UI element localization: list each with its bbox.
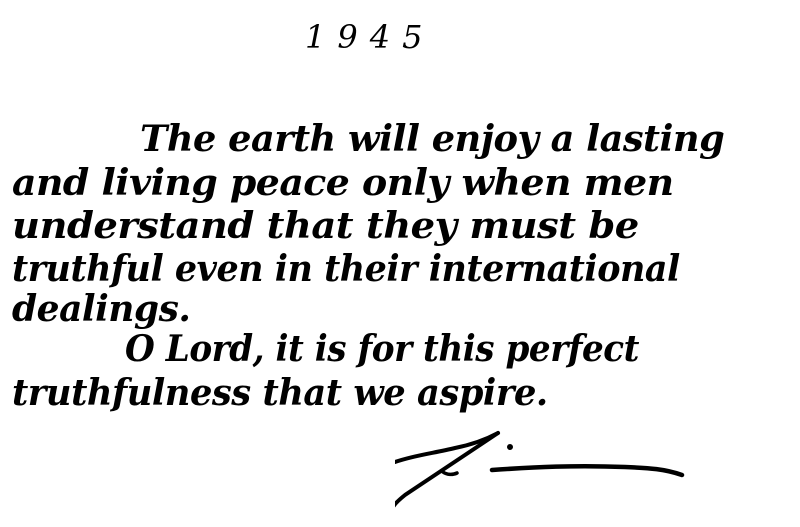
text-line-2: and living peace only when men [12,162,674,204]
year-heading: 1945 [305,18,434,56]
text-line-6: O Lord, it is for this perfect [125,328,639,370]
text-line-4: truthful even in their international [12,248,680,290]
text-line-5: dealings. [12,288,190,330]
signature-mark [395,415,715,515]
text-line-1: The earth will enjoy a lasting [140,118,724,160]
text-line-7: truthfulness that we aspire. [12,372,548,414]
text-line-3: understand that they must be [12,205,639,247]
